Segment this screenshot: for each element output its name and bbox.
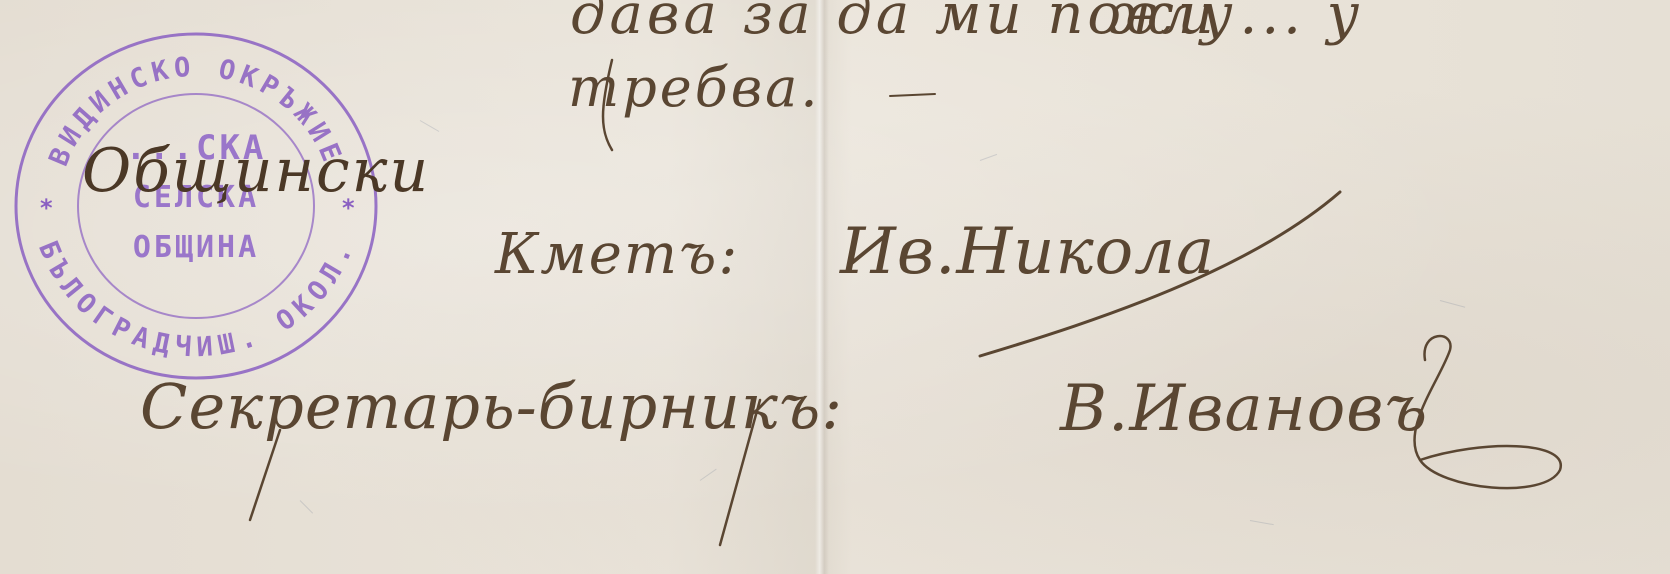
- body-line-2: требва.: [568, 56, 820, 119]
- body-line-1-right: жи ... у: [1110, 0, 1363, 47]
- stamp-center-line-3: ОБЩИНА: [12, 230, 380, 265]
- secretary-signature: В.Ивановъ: [1060, 372, 1428, 446]
- secretary-label: Секретарь-бирникъ:: [140, 370, 843, 443]
- mayor-signature: Ив.Никола: [840, 215, 1215, 289]
- mayor-label-title: Кметъ:: [495, 222, 739, 287]
- municipal-stamp: ВИДИНСКО ОКРЪЖИЕ БЪЛОГРАДЧИШ. ОКОЛ. * * …: [12, 30, 380, 382]
- mayor-label-municipal: Общински: [82, 136, 430, 206]
